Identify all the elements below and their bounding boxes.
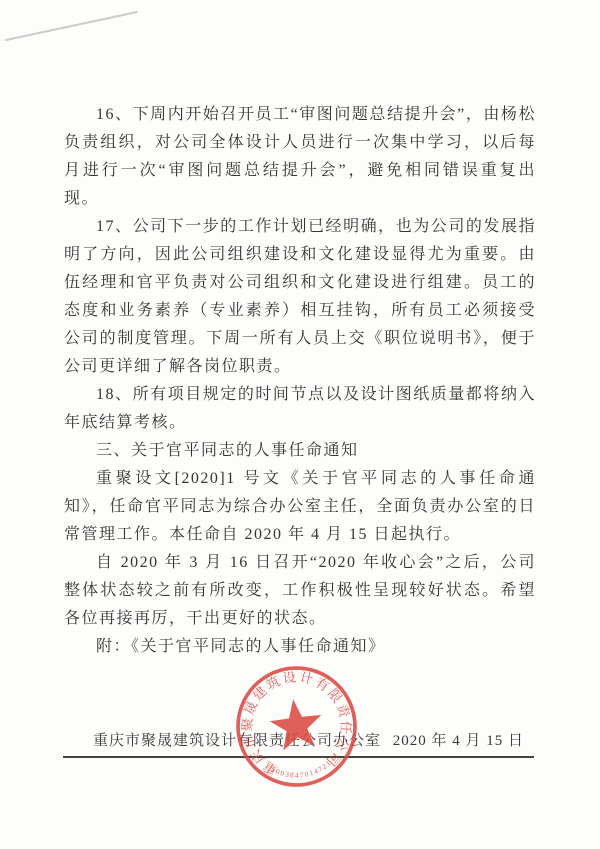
paragraph-item-16: 16、下周内开始召开员工“审图问题总结提升会”，由杨松负责组织，对公司全体设计人… xyxy=(64,101,536,213)
scanned-document-page: { "body": { "paragraphs": [ { "text": "1… xyxy=(0,0,600,849)
paragraph-company-status: 自 2020 年 3 月 16 日召开“2020 年收心会”之后，公司整体状态较… xyxy=(64,549,536,633)
seal-ring xyxy=(231,661,361,791)
official-seal: 重庆市聚晟建筑设计有限责任公司 5003847014721 xyxy=(228,658,365,795)
paragraph-item-17: 17、公司下一步的工作计划已经明确，也为公司的发展指明了方向，因此公司组织建设和… xyxy=(64,213,536,381)
document-body: 16、下周内开始召开员工“审图问题总结提升会”，由杨松负责组织，对公司全体设计人… xyxy=(64,101,536,661)
issuing-office: 重庆市聚晟建筑设计有限责任公司办公室 xyxy=(93,729,381,750)
issue-date: 2020 年 4 月 15 日 xyxy=(393,729,524,750)
attachment-note: 附：《关于官平同志的人事任命通知》 xyxy=(64,633,536,661)
section-heading: 三、关于官平同志的人事任命通知 xyxy=(64,437,536,465)
paragraph-appointment: 重聚设文[2020]1 号文《关于官平同志的人事任命通知》，任命官平同志为综合办… xyxy=(64,465,536,549)
paragraph-item-18: 18、所有项目规定的时间节点以及设计图纸质量都将纳入年底结算考核。 xyxy=(64,381,536,437)
scan-artifact-line xyxy=(0,0,160,60)
seal-company-text: 重庆市聚晟建筑设计有限责任公司 xyxy=(233,663,360,781)
signature-line: 重庆市聚晟建筑设计有限责任公司办公室 2020 年 4 月 15 日 xyxy=(63,729,534,758)
seal-serial-number: 5003847014721 xyxy=(269,757,335,783)
